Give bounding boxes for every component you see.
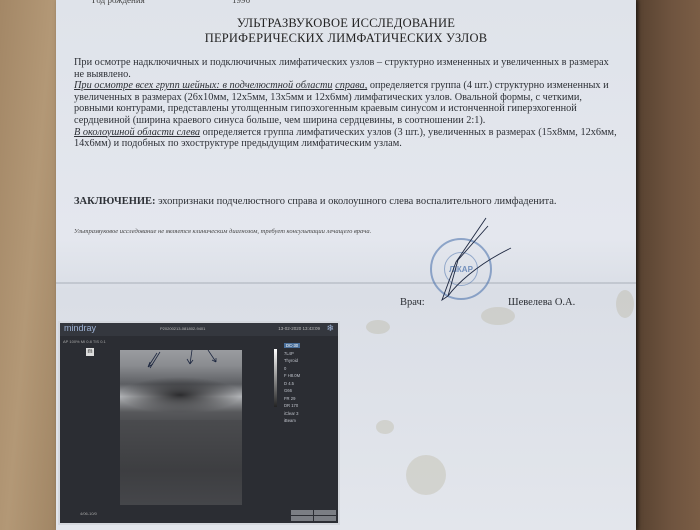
ultrasound-settings-panel: DC-30 7L4P Thyroid 0 F H8.0M D 4.5 G66 F… [284, 342, 334, 425]
ultrasound-printout: mindray P20200213-081802-9401 13-02-2020… [58, 321, 340, 525]
submandibular-heading: При осмотре всех групп шейных: в подчелю… [74, 80, 333, 91]
ultrasound-softkeys [291, 510, 336, 521]
medical-report-page: Год рождения 1996 УЛЬТРАЗВУКОВОЕ ИССЛЕДО… [56, 0, 636, 530]
ultrasound-params: AP 100% MI 0.8 TIS 0.1 [63, 339, 106, 344]
stain [481, 307, 515, 325]
finding-submandibular: При осмотре всех групп шейных: в подчелю… [74, 80, 619, 126]
doctor-name: Шевелева О.А. [508, 297, 575, 308]
snowflake-icon: ❄ [326, 323, 334, 334]
birth-year-label: Год рождения [92, 0, 232, 5]
ultrasound-header: mindray P20200213-081802-9401 13-02-2020… [60, 323, 338, 336]
ultrasound-scan-image [120, 350, 242, 505]
findings: При осмотре надключичных и подключичных … [74, 57, 619, 150]
ultrasound-scale: 4/06-10/0 [80, 511, 97, 516]
conclusion-text: эхопризнаки подчелюстного справа и около… [156, 196, 557, 207]
parotid-heading: В околоушной области слева [74, 127, 200, 138]
grayscale-bar [274, 349, 277, 407]
report-title: УЛЬТРАЗВУКОВОЕ ИССЛЕДОВАНИЕ ПЕРИФЕРИЧЕСК… [56, 16, 636, 46]
ultrasound-exam-id: P20200213-081802-9401 [160, 326, 205, 331]
report-title-line1: УЛЬТРАЗВУКОВОЕ ИССЛЕДОВАНИЕ [56, 16, 636, 31]
ultrasound-datetime: 13-02-2020 13:43:09 [278, 326, 320, 331]
ultrasound-brand: mindray [64, 323, 96, 333]
stamp: ЛІКАР [430, 238, 492, 300]
report-title-line2: ПЕРИФЕРИЧЕСКИХ ЛИМФАТИЧЕСКИХ УЗЛОВ [56, 31, 636, 46]
stain [616, 290, 634, 318]
patient-header: Год рождения 1996 [92, 0, 342, 5]
handdrawn-arrows [120, 350, 242, 390]
cardboard-background-right [630, 0, 700, 530]
disclaimer: Ультразвуковое исследование не является … [74, 228, 619, 235]
stamp-center: ЛІКАР [444, 252, 478, 286]
stain [406, 455, 446, 495]
probe-marker-icon: m [86, 348, 94, 356]
stain [366, 320, 390, 334]
stain [376, 420, 394, 434]
finding-supraclavicular: При осмотре надключичных и подключичных … [74, 57, 619, 80]
birth-year-value: 1996 [232, 0, 342, 5]
doctor-label: Врач: [400, 297, 425, 308]
conclusion-label: ЗАКЛЮЧЕНИЕ: [74, 196, 156, 207]
side-right: справа, [335, 80, 367, 91]
conclusion: ЗАКЛЮЧЕНИЕ: эхопризнаки подчелюстного сп… [74, 196, 619, 208]
finding-parotid: В околоушной области слева определяется … [74, 127, 619, 150]
cardboard-background-left [0, 0, 60, 530]
paper-fold [56, 282, 636, 284]
